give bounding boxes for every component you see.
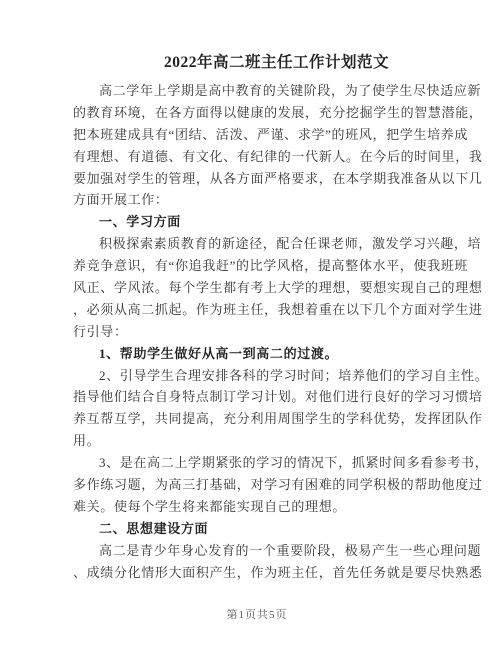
text-line: 高二是青少年身心发育的一个重要阶段，极易产生一些心理问题: [73, 540, 485, 562]
text-line: 难关。使每个学生将来都能实现自己的理想。: [73, 496, 485, 518]
text-line: 一、学习方面: [73, 211, 485, 233]
text-line: 养竞争意识，有“你追我赶”的比学风格，提高整体水平，使我班班: [73, 255, 485, 277]
text-line: 积极探索素质教育的新途径，配合任课老师，激发学习兴趣，培: [73, 233, 485, 255]
text-line: 多作练习题，为高三打基础，对学习有困难的同学积极的帮助他度过: [73, 474, 485, 496]
text-line: 方面开展工作：: [73, 189, 485, 211]
paragraph-block: 积极探索素质教育的新途径，配合任课老师，激发学习兴趣，培养竞争意识，有“你追我赶…: [73, 233, 485, 342]
text-line: 、成绩分化情形大面积产生，作为班主任，首先任务就是要尽快熟悉: [73, 562, 485, 584]
text-line: 用。: [73, 430, 485, 452]
text-line: 行引导：: [73, 321, 485, 343]
paragraph-block: 2、引导学生合理安排各科的学习时间；培养他们的学习自主性。指导他们结合自身特点制…: [73, 365, 485, 453]
text-line: 有理想、有道德、有文化、有纪律的一代新人。在今后的时间里，我: [73, 146, 485, 168]
document-page: 2022年高二班主任工作计划范文 高二学年上学期是高中教育的关键阶段，为了使学生…: [0, 0, 500, 647]
page-footer: 第1页共5页: [14, 606, 500, 622]
text-line: 把本班建成具有“团结、活泼、严谨、求学”的班风，把学生培养成: [73, 124, 485, 146]
text-line: 风正、学风浓。每个学生都有考上大学的理想，要想实现自己的理想: [73, 277, 485, 299]
text-line: ，必须从高二抓起。作为班主任，我想着重在以下几个方面对学生进: [73, 299, 485, 321]
heading-block: 二、思想建设方面: [73, 518, 485, 540]
text-line: 养互帮互学，共同提高，充分利用周围学生的学科优势，发挥团队作: [73, 408, 485, 430]
paragraph-block: 高二是青少年身心发育的一个重要阶段，极易产生一些心理问题、成绩分化情形大面积产生…: [73, 540, 485, 584]
text-line: 指导他们结合自身特点制订学习计划。对他们进行良好的学习习惯培: [73, 386, 485, 408]
document-title: 2022年高二班主任工作计划范文: [73, 52, 480, 74]
heading-block: 一、学习方面: [73, 211, 485, 233]
text-line: 的教育环境，在各方面得以健康的发展，充分挖掘学生的智慧潜能，: [73, 102, 485, 124]
text-line: 3、是在高二上学期紧张的学习的情况下，抓紧时间多看参考书，: [73, 452, 485, 474]
document-body: 高二学年上学期是高中教育的关键阶段，为了使学生尽快适应新的教育环境，在各方面得以…: [73, 80, 485, 583]
text-line: 要加强对学生的管理，从各方面严格要求，在本学期我准备从以下几: [73, 168, 485, 190]
text-line: 2、引导学生合理安排各科的学习时间；培养他们的学习自主性。: [73, 365, 485, 387]
paragraph-block: 3、是在高二上学期紧张的学习的情况下，抓紧时间多看参考书，多作练习题，为高三打基…: [73, 452, 485, 518]
heading-block: 1、帮助学生做好从高一到高二的过渡。: [73, 343, 485, 365]
text-line: 高二学年上学期是高中教育的关键阶段，为了使学生尽快适应新: [73, 80, 485, 102]
text-line: 二、思想建设方面: [73, 518, 485, 540]
text-line: 1、帮助学生做好从高一到高二的过渡。: [73, 343, 485, 365]
paragraph-block: 高二学年上学期是高中教育的关键阶段，为了使学生尽快适应新的教育环境，在各方面得以…: [73, 80, 485, 211]
